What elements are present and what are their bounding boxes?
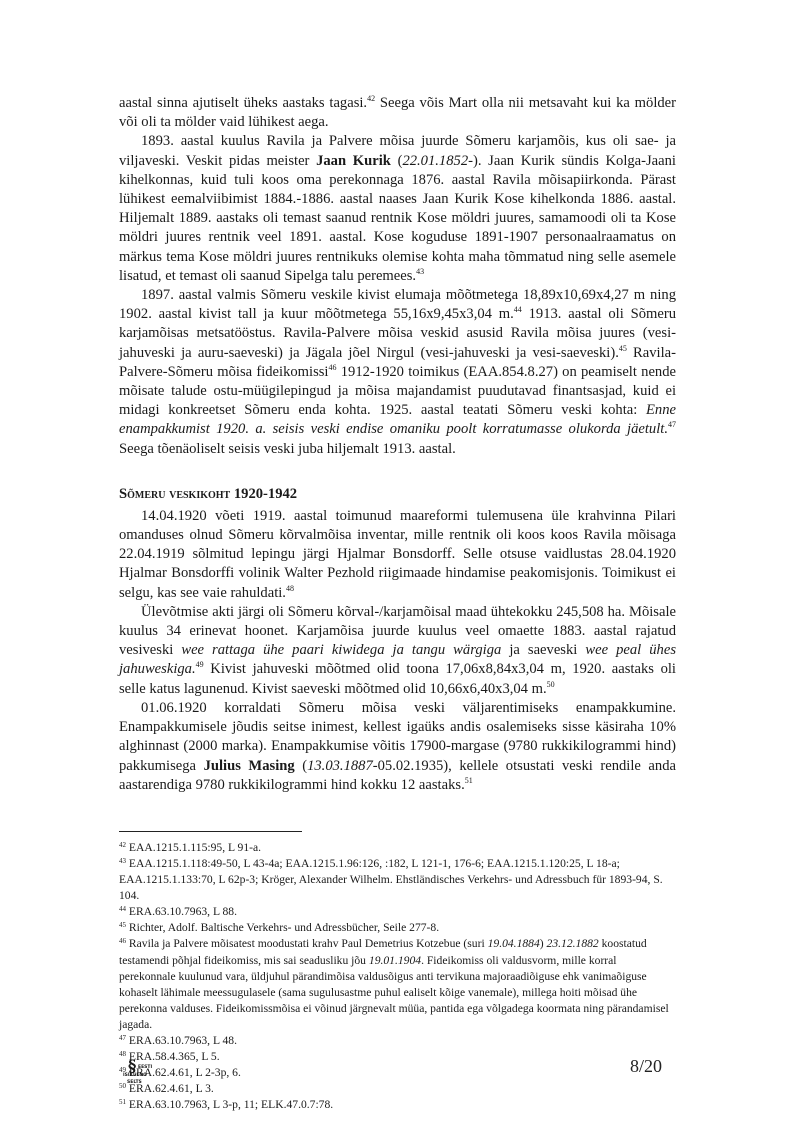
footnote-43: 43 EAA.1215.1.118:49-50, L 43-4a; EAA.12… — [119, 856, 676, 904]
footnote-46: 46 Ravila ja Palvere mõisatest moodustat… — [119, 936, 676, 1033]
footnote-42: 42 EAA.1215.1.115:95, L 91-a. — [119, 840, 676, 856]
footnotes: 42 EAA.1215.1.115:95, L 91-a. 43 EAA.121… — [119, 840, 676, 1114]
footnote-ref-44[interactable]: 44 — [514, 305, 522, 314]
footnote-51: 51 ERA.63.10.7963, L 3-p, 11; ELK.47.0.7… — [119, 1097, 676, 1113]
footnote-separator — [119, 831, 302, 832]
footnote-47: 47 ERA.63.10.7963, L 48. — [119, 1033, 676, 1049]
footnote-44: 44 ERA.63.10.7963, L 88. — [119, 904, 676, 920]
paragraph-4: 14.04.1920 võeti 1919. aastal toimunud m… — [119, 507, 676, 603]
paragraph-5: Ülevõtmise akti järgi oli Sõmeru kõrval-… — [119, 603, 676, 699]
footnote-ref-45[interactable]: 45 — [619, 344, 627, 353]
footnote-ref-43[interactable]: 43 — [416, 267, 424, 276]
page-number: 8/20 — [630, 1056, 662, 1077]
footnote-ref-49[interactable]: 49 — [196, 660, 204, 669]
footnote-ref-46[interactable]: 46 — [329, 363, 337, 372]
footnote-ref-42[interactable]: 42 — [367, 94, 375, 103]
section-heading: Sõmeru veskikoht 1920-1942 — [119, 486, 676, 503]
paragraph-1: aastal sinna ajutiselt üheks aastaks tag… — [119, 94, 676, 132]
footnote-ref-50[interactable]: 50 — [547, 680, 555, 689]
quote: wee rattaga ühe paari kiwidega ja tangu … — [181, 642, 501, 658]
footnote-ref-48[interactable]: 48 — [286, 584, 294, 593]
footnote-49: 49 ERA.62.4.61, L 2-3p, 6. — [119, 1065, 676, 1081]
paragraph-6: 01.06.1920 korraldati Sõmeru mõisa veski… — [119, 699, 676, 795]
birth-date: 22.01.1852- — [402, 153, 473, 169]
person-name: Julius Masing — [204, 758, 295, 774]
birth-date: 13.03.1887 — [307, 758, 373, 774]
footnote-48: 48 ERA.58.4.365, L 5. — [119, 1049, 676, 1065]
footnote-45: 45 Richter, Adolf. Baltische Verkehrs- u… — [119, 920, 676, 936]
paragraph-2: 1893. aastal kuulus Ravila ja Palvere mõ… — [119, 132, 676, 286]
footnote-ref-51[interactable]: 51 — [465, 776, 473, 785]
footnote-ref-47[interactable]: 47 — [668, 420, 676, 429]
person-name: Jaan Kurik — [316, 153, 391, 169]
paragraph-3: 1897. aastal valmis Sõmeru veskile kivis… — [119, 286, 676, 459]
section-sign-icon: § — [128, 1058, 136, 1074]
society-logo: § EESTI ISIKULOO SELTS — [123, 1058, 155, 1092]
footnote-50: 50 ERA.62.4.61, L 3. — [119, 1081, 676, 1097]
document-page: aastal sinna ajutiselt üheks aastaks tag… — [119, 94, 676, 1114]
